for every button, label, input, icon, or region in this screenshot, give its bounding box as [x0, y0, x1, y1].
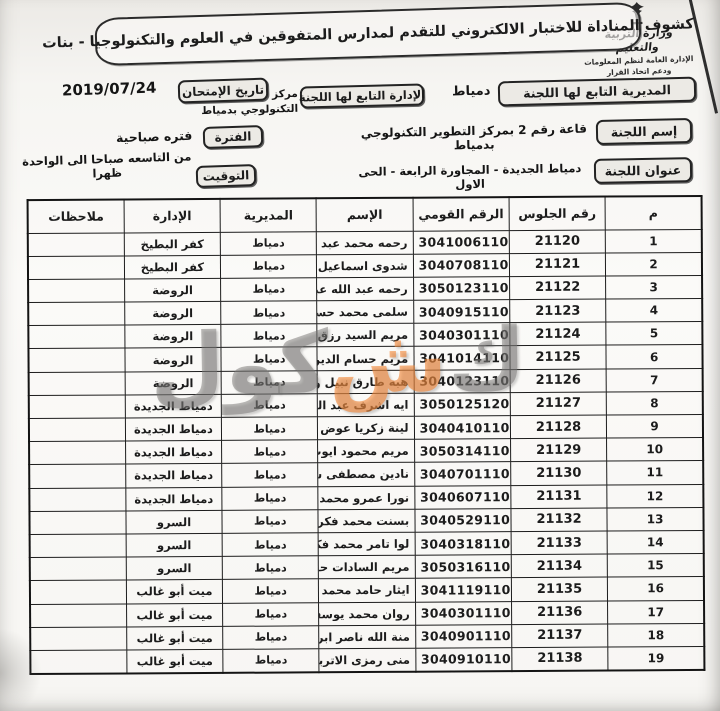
table-header-row: مرقم الجلوسالرقم القوميالإسمالمديريةالإد…: [28, 196, 702, 233]
cell-directorate: دمياط: [221, 301, 317, 325]
cell-notes: [30, 603, 126, 627]
cell-notes: [28, 325, 124, 349]
committee-address-label-box: عنوان اللجنة: [594, 157, 692, 184]
cell-serial: 6: [606, 345, 702, 369]
cell-serial: 7: [606, 368, 702, 392]
cell-directorate: دمياط: [223, 625, 319, 649]
cell-seat: 21127: [510, 392, 606, 416]
cell-name: سلمى محمد حسن حموده: [317, 300, 413, 324]
cell-directorate: دمياط: [223, 602, 319, 626]
cell-directorate: دمياط: [221, 370, 317, 394]
cell-serial: 4: [606, 299, 702, 323]
cell-administration: السرو: [126, 557, 222, 581]
cell-seat: 21134: [511, 554, 607, 578]
cell-notes: [30, 650, 126, 674]
cell-notes: [30, 534, 126, 558]
cell-directorate: دمياط: [222, 440, 318, 464]
cell-notes: [30, 580, 126, 604]
period-label-box: الفترة: [203, 125, 264, 149]
cell-name: مريم السادات حسن محمد شهاب: [319, 555, 415, 579]
cell-name: منى رمزى الاتربى فايد ابراهيم: [319, 648, 415, 672]
cell-serial: 18: [608, 623, 704, 647]
cell-serial: 12: [607, 484, 703, 508]
scan-smudge: [0, 628, 42, 711]
cell-national-id: 30404101101108: [414, 416, 510, 440]
cell-name: منة الله ناصر ابراهيم عبد العزيز: [319, 625, 415, 649]
cell-directorate: دمياط: [222, 510, 318, 534]
cell-serial: 14: [607, 530, 703, 554]
cell-administration: الروضة: [125, 348, 221, 372]
cell-national-id: 30501251207228: [414, 392, 510, 416]
cell-national-id: 30409151100384: [413, 300, 509, 324]
column-header: الإدارة: [124, 199, 220, 233]
cell-directorate: دمياط: [222, 556, 318, 580]
cell-seat: 21120: [509, 230, 605, 254]
cell-name: مريم محمود ايوب غانم عبد المؤمن: [318, 439, 414, 463]
committee-name-label-box: إسم اللجنة: [596, 118, 693, 145]
cell-administration: دمياط الجديدة: [125, 441, 221, 465]
cell-directorate: دمياط: [220, 231, 316, 255]
document-title: كشوف المناداة للاختبار الالكتروني للتقدم…: [42, 16, 694, 51]
cell-name: ايثار حامد محمد عبده شروش: [319, 579, 415, 603]
column-header: الرقم القومي: [413, 197, 509, 231]
cell-national-id: 30409011102727: [415, 624, 511, 648]
cell-serial: 1: [605, 229, 701, 253]
cell-notes: [28, 302, 124, 326]
cell-administration: كفر البطيخ: [124, 255, 220, 279]
cell-administration: الروضة: [125, 325, 221, 349]
cell-seat: 21136: [511, 601, 607, 625]
cell-national-id: 30410141100465: [414, 346, 510, 370]
cell-national-id: 30501231100745: [413, 276, 509, 300]
cell-directorate: دمياط: [221, 417, 317, 441]
cell-national-id: 30405291100125: [415, 508, 511, 532]
cell-notes: [29, 418, 125, 442]
cell-serial: 2: [606, 252, 702, 276]
directorate-label-box: المديرية التابع لها اللجنة: [498, 77, 697, 107]
column-header: رقم الجلوس: [509, 197, 605, 231]
cell-directorate: دمياط: [220, 254, 316, 278]
cell-notes: [29, 488, 125, 512]
cell-seat: 21132: [511, 508, 607, 532]
cell-national-id: 30411191100047: [415, 578, 511, 602]
cell-notes: [30, 627, 126, 651]
cell-notes: [29, 441, 125, 465]
cell-administration: ميت أبو غالب: [126, 603, 222, 627]
table-row: 192113830409101100561منى رمزى الاتربى فا…: [30, 646, 704, 673]
cell-administration: السرو: [126, 533, 222, 557]
committee-name-value: قاعة رقم 2 بمركز التطوير التكنولوجي بدمي…: [358, 122, 591, 155]
cell-national-id: 30403181100143: [415, 532, 511, 556]
cell-name: لينة زكريا عوض محمد بقا: [318, 416, 414, 440]
column-header: المديرية: [220, 198, 316, 232]
document-title-box: كشوف المناداة للاختبار الالكتروني للتقدم…: [94, 2, 641, 66]
cell-notes: [29, 395, 125, 419]
cell-name: ايه اشرف عبد المجيد ابراهيم محمد شندى: [318, 393, 414, 417]
cell-seat: 21128: [510, 415, 606, 439]
cell-serial: 16: [608, 577, 704, 601]
cell-national-id: 30403011100289: [415, 601, 511, 625]
cell-national-id: 30403011101528: [413, 323, 509, 347]
cell-serial: 8: [606, 391, 702, 415]
cell-name: روان محمد يوسف على حسن: [319, 602, 415, 626]
cell-name: لوا تامر محمد فكرى محمد البدوى: [318, 532, 414, 556]
cell-directorate: دمياط: [221, 278, 317, 302]
cell-seat: 21121: [509, 253, 605, 277]
cell-administration: ميت أبو غالب: [127, 649, 223, 673]
cell-serial: 10: [607, 438, 703, 462]
cell-notes: [29, 511, 125, 535]
cell-national-id: 30409101100561: [415, 647, 511, 671]
cell-administration: دمياط الجديدة: [125, 417, 221, 441]
cell-name: نورا عمرو محمد الفار: [318, 486, 414, 510]
roster-table-wrapper: مرقم الجلوسالرقم القوميالإسمالمديريةالإد…: [27, 195, 706, 675]
cell-seat: 21135: [511, 577, 607, 601]
cell-name: هبه طارق نبيل وهبة جودة: [317, 370, 413, 394]
cell-seat: 21123: [510, 299, 606, 323]
cell-national-id: 30401231100627: [414, 369, 510, 393]
cell-notes: [30, 557, 126, 581]
cell-name: مريم حسام الدين السيد السيد باشا: [317, 347, 413, 371]
cell-seat: 21130: [511, 461, 607, 485]
cell-seat: 21126: [510, 369, 606, 393]
cell-notes: [28, 232, 124, 256]
table-body: 12112030410061101061رحمه محمد عبد الرازق…: [28, 229, 705, 674]
cell-name: شدوى اسماعيل يوسف على يوسف: [317, 254, 413, 278]
cell-administration: ميت أبو غالب: [126, 580, 222, 604]
cell-directorate: دمياط: [221, 347, 317, 371]
cell-serial: 19: [608, 646, 704, 670]
exam-date-value: 2019/07/24: [62, 79, 157, 100]
cell-name: رحمه عبد الله عبد الحميد الخولى: [317, 277, 413, 301]
cell-serial: 3: [606, 275, 702, 299]
cell-name: رحمه محمد عبد الرازق سالم: [317, 231, 413, 255]
cell-administration: ميت أبو غالب: [126, 626, 222, 650]
cell-administration: السرو: [126, 510, 222, 534]
cell-notes: [29, 372, 125, 396]
cell-directorate: دمياط: [222, 486, 318, 510]
scanned-roster-page: وزارة التربية والتعليم الإدارة العامة لن…: [0, 0, 720, 711]
cell-name: بسنت محمد فكرى محمود دريزة: [318, 509, 414, 533]
exam-date-label-box: تاريخ الإمتحان: [178, 78, 269, 104]
cell-directorate: دمياط: [222, 463, 318, 487]
cell-seat: 21131: [511, 485, 607, 509]
period-value: فتره صباحية: [116, 128, 193, 145]
cell-administration: دمياط الجديدة: [125, 464, 221, 488]
cell-serial: 17: [608, 600, 704, 624]
cell-administration: الروضة: [124, 278, 220, 302]
cell-national-id: 30406071100201: [414, 485, 510, 509]
cell-seat: 21129: [510, 438, 606, 462]
cell-serial: 15: [607, 554, 703, 578]
cell-seat: 21138: [512, 647, 608, 671]
cell-notes: [28, 279, 124, 303]
cell-notes: [28, 256, 124, 280]
cell-directorate: دمياط: [223, 649, 319, 673]
cell-administration: دمياط الجديدة: [126, 487, 222, 511]
cell-national-id: 30410061101061: [413, 230, 509, 254]
cell-administration: الروضة: [124, 301, 220, 325]
column-header: ملاحظات: [28, 199, 125, 233]
cell-notes: [28, 348, 124, 372]
timing-value: من التاسعه صباحا الى الواحدة ظهرا: [16, 149, 199, 183]
cell-national-id: 30407011102848: [414, 462, 510, 486]
cell-directorate: دمياط: [222, 533, 318, 557]
cell-name: مريم السيد رزق الفار: [317, 323, 413, 347]
cell-seat: 21137: [512, 624, 608, 648]
cell-serial: 5: [606, 322, 702, 346]
cell-national-id: 30503141100404: [414, 439, 510, 463]
cell-notes: [29, 464, 125, 488]
cell-serial: 9: [607, 414, 703, 438]
cell-seat: 21133: [511, 531, 607, 555]
cell-directorate: دمياط: [222, 579, 318, 603]
cell-directorate: دمياط: [221, 394, 317, 418]
cell-serial: 11: [607, 461, 703, 485]
administration-label-box: الإدارة التابع لها اللجنة: [300, 83, 425, 108]
committee-address-value: دمياط الجديدة - المجاورة الرابعة - الحى …: [350, 161, 590, 193]
cell-seat: 21122: [509, 276, 605, 300]
cell-serial: 13: [607, 507, 703, 531]
cell-seat: 21124: [510, 322, 606, 346]
directorate-value: دمياط: [452, 84, 491, 100]
cell-administration: كفر البطيخ: [124, 232, 220, 256]
cell-directorate: دمياط: [221, 324, 317, 348]
cell-name: نادين مصطفى سعد الصياد: [318, 463, 414, 487]
cell-administration: دمياط الجديدة: [125, 394, 221, 418]
cell-national-id: 30407081100249: [413, 253, 509, 277]
column-header: م: [605, 196, 701, 230]
timing-label-box: التوقيت: [196, 164, 257, 188]
cell-national-id: 30503161100567: [415, 555, 511, 579]
cell-seat: 21125: [510, 345, 606, 369]
cell-administration: الروضة: [125, 371, 221, 395]
column-header: الإسم: [316, 198, 412, 232]
roster-table: مرقم الجلوسالرقم القوميالإسمالمديريةالإد…: [27, 195, 706, 675]
